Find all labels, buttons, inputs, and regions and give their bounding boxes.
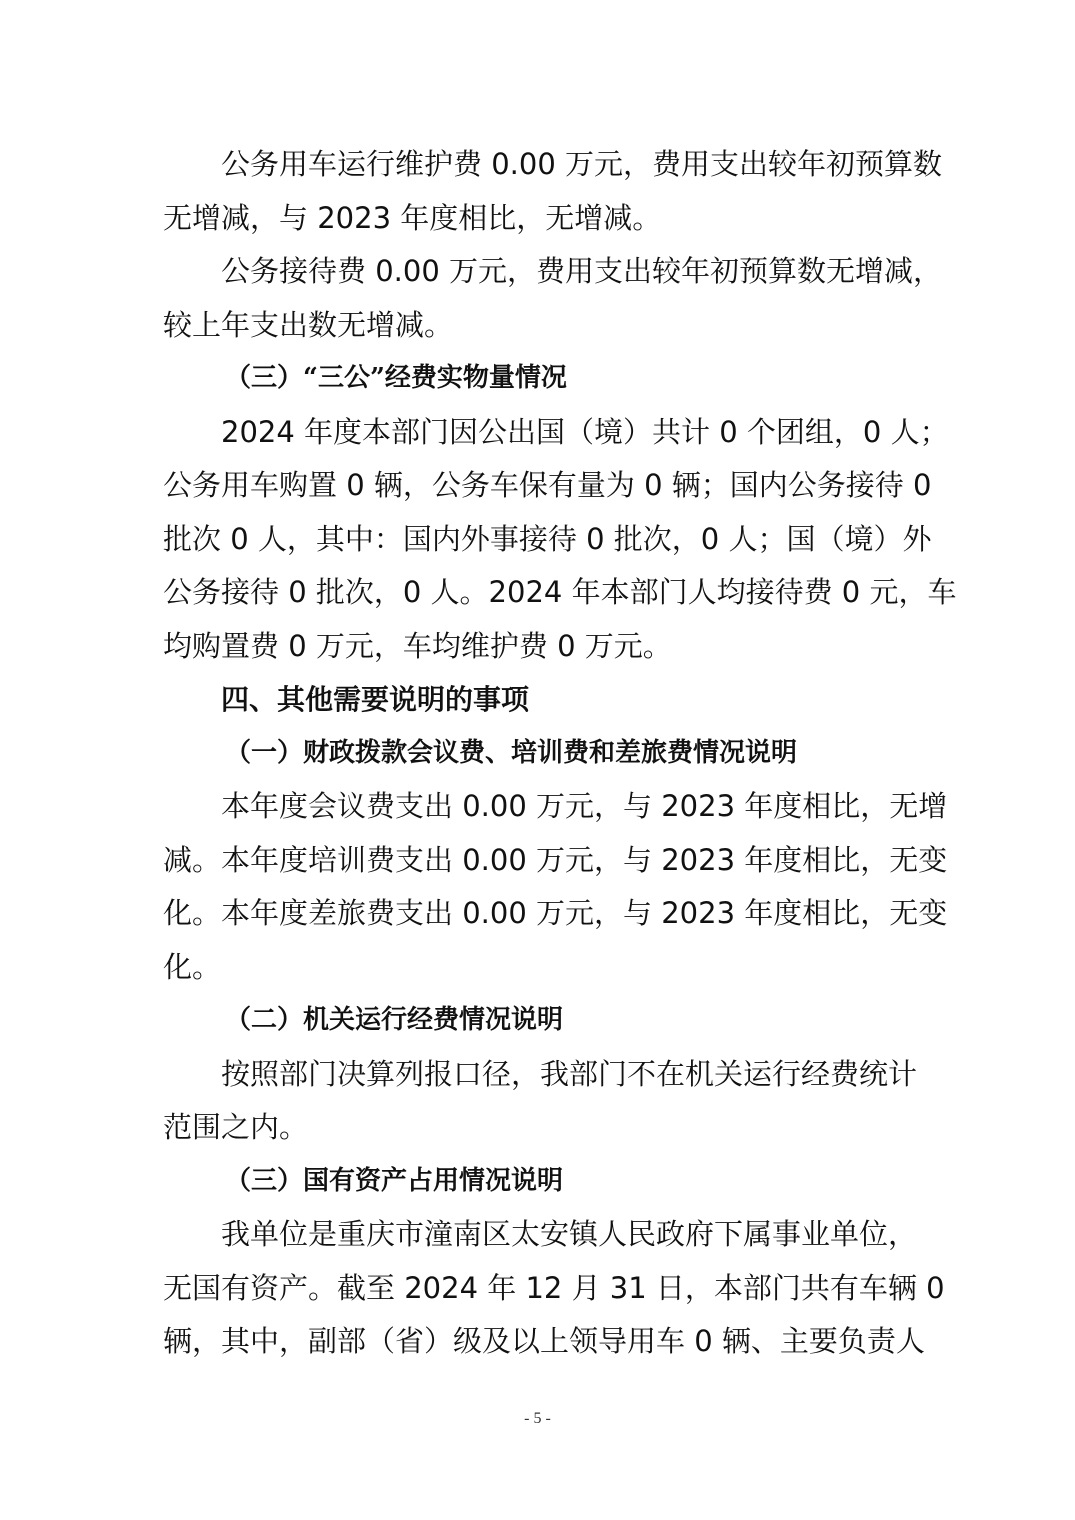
section-heading: （二）机关运行经费情况说明 <box>163 994 913 1048</box>
paragraph-line: 2024 年度本部门因公出国（境）共计 0 个团组，0 人； <box>163 406 913 460</box>
document-body: 公务用车运行维护费 0.00 万元，费用支出较年初预算数 无增减，与 2023 … <box>163 138 913 1369</box>
paragraph-line: 按照部门决算列报口径，我部门不在机关运行经费统计 <box>163 1048 913 1102</box>
paragraph-line: 较上年支出数无增减。 <box>163 299 913 353</box>
paragraph-line: 无增减，与 2023 年度相比，无增减。 <box>163 192 913 246</box>
chapter-heading: 四、其他需要说明的事项 <box>163 673 913 727</box>
paragraph-line: 本年度会议费支出 0.00 万元，与 2023 年度相比，无增 <box>163 780 913 834</box>
paragraph-line: 公务接待 0 批次，0 人。2024 年本部门人均接待费 0 元，车 <box>163 566 913 620</box>
paragraph-line: 公务接待费 0.00 万元，费用支出较年初预算数无增减， <box>163 245 913 299</box>
document-page: 公务用车运行维护费 0.00 万元，费用支出较年初预算数 无增减，与 2023 … <box>0 0 1075 1520</box>
paragraph-line: 公务用车购置 0 辆，公务车保有量为 0 辆；国内公务接待 0 <box>163 459 913 513</box>
paragraph-line: 减。本年度培训费支出 0.00 万元，与 2023 年度相比，无变 <box>163 834 913 888</box>
paragraph-line: 化。本年度差旅费支出 0.00 万元，与 2023 年度相比，无变 <box>163 887 913 941</box>
paragraph-line: 批次 0 人，其中：国内外事接待 0 批次，0 人；国（境）外 <box>163 513 913 567</box>
paragraph-line: 我单位是重庆市潼南区太安镇人民政府下属事业单位， <box>163 1208 913 1262</box>
section-heading: （一）财政拨款会议费、培训费和差旅费情况说明 <box>163 727 913 781</box>
paragraph-line: 范围之内。 <box>163 1101 913 1155</box>
paragraph-line: 公务用车运行维护费 0.00 万元，费用支出较年初预算数 <box>163 138 913 192</box>
section-heading: （三）“三公”经费实物量情况 <box>163 352 913 406</box>
page-number: - 5 - <box>0 1410 1075 1428</box>
section-heading: （三）国有资产占用情况说明 <box>163 1155 913 1209</box>
paragraph-line: 化。 <box>163 941 913 995</box>
paragraph-line: 均购置费 0 万元，车均维护费 0 万元。 <box>163 620 913 674</box>
paragraph-line: 辆，其中，副部（省）级及以上领导用车 0 辆、主要负责人 <box>163 1315 913 1369</box>
paragraph-line: 无国有资产。截至 2024 年 12 月 31 日，本部门共有车辆 0 <box>163 1262 913 1316</box>
